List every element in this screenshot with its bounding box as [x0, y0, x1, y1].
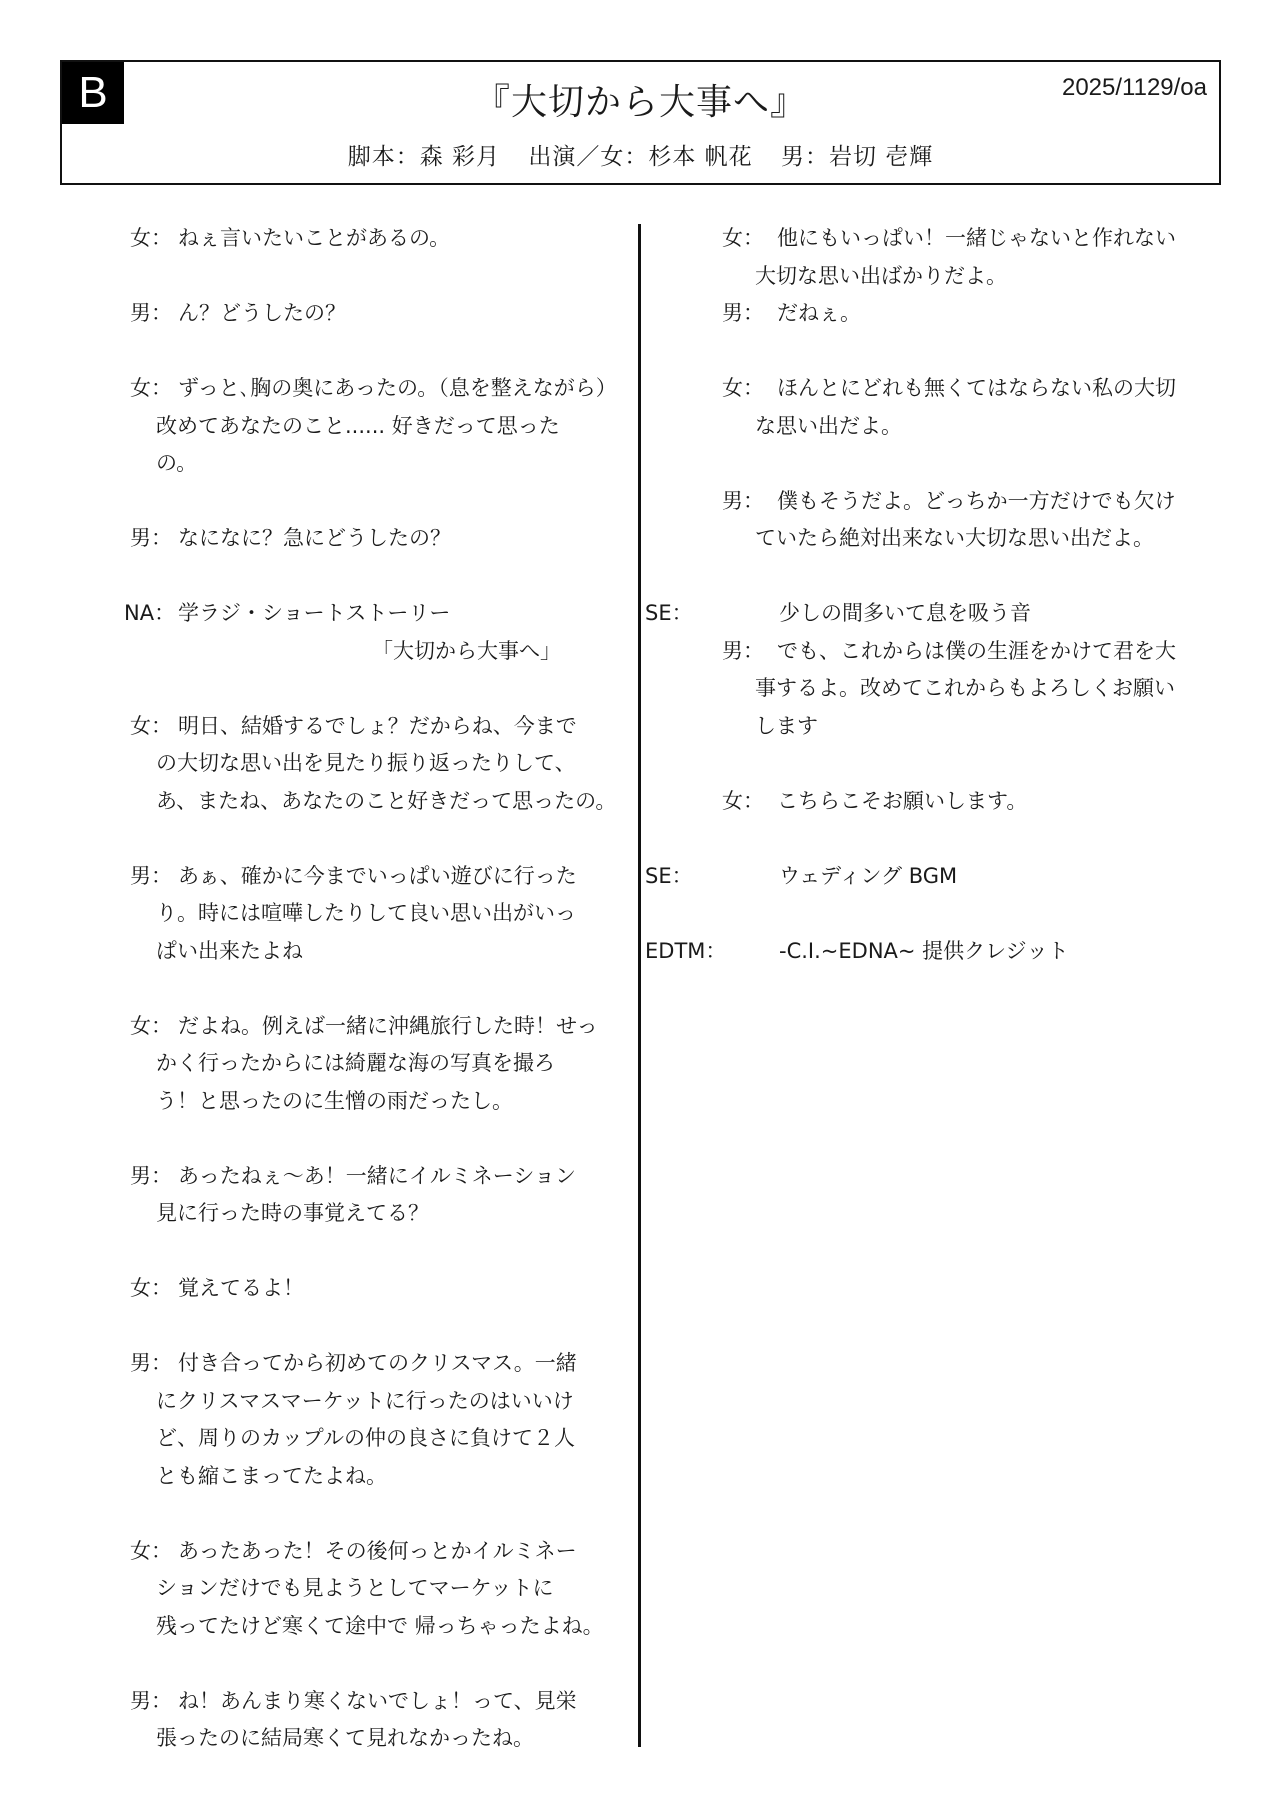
speaker-label: 男： [130, 1683, 172, 1721]
speaker-label: 女： [130, 1533, 172, 1571]
speaker-label: 女： [130, 220, 172, 258]
line-text: 覚えてるよ！ [178, 1270, 635, 1308]
speaker-label: 男： [130, 1345, 172, 1383]
dialogue-line: 女： 他にもいっぱい！一緒じゃないと作れない 大切な思い出ばかりだよ。 [652, 220, 1192, 295]
dialogue-line: 男： 僕もそうだよ。どっちか一方だけでも欠け ていたら絶対出来ない大切な思い出だ… [652, 483, 1192, 558]
line-text: ションだけでも見ようとしてマーケットに [156, 1570, 635, 1608]
line-text: にクリスマスマーケットに行ったのはいいけ [156, 1383, 635, 1421]
speaker-label: 女： [130, 1270, 172, 1308]
ending-credit-cue: EDTM： -C.I.~EDNA~ 提供クレジット [652, 933, 1192, 971]
cast-credit-female: 出演／女：杉本 帆花 [528, 144, 752, 170]
dialogue-line: 男： でも、これからは僕の生涯をかけて君を大 事するよ。改めてこれからもよろしく… [652, 633, 1192, 746]
speaker-label: 男： [130, 520, 172, 558]
line-text: 僕もそうだよ。どっちか一方だけでも欠け [777, 483, 1192, 521]
dialogue-line: 男： ね！あんまり寒くないでしょ！って、見栄 張ったのに結局寒くて見れなかったね… [130, 1683, 635, 1758]
speaker-label: 女： [130, 1008, 172, 1046]
dialogue-line: 男： なになに？急にどうしたの？ [130, 520, 635, 558]
line-text: り。時には喧嘩したりして良い思い出がいっ [156, 895, 635, 933]
line-text: ていたら絶対出来ない大切な思い出だよ。 [755, 520, 1192, 558]
line-text: だよね。例えば一緒に沖縄旅行した時！せっ [178, 1008, 635, 1046]
dialogue-line: 女： ねぇ言いたいことがあるの。 [130, 220, 635, 258]
line-text: 他にもいっぱい！一緒じゃないと作れない [777, 220, 1192, 258]
dialogue-line: 男： あぁ、確かに今までいっぱい遊びに行った り。時には喧嘩したりして良い思い出… [130, 858, 635, 971]
speaker-label: 男： [722, 483, 764, 521]
line-text: とも縮こまってたよね。 [156, 1458, 635, 1496]
script-column-right: 女： 他にもいっぱい！一緒じゃないと作れない 大切な思い出ばかりだよ。 男： だ… [652, 220, 1192, 970]
column-divider [638, 224, 641, 1747]
speaker-label: 男： [722, 633, 764, 671]
dialogue-line: 男： ん？どうしたの？ [130, 295, 635, 333]
line-text: 張ったのに結局寒くて見れなかったね。 [156, 1720, 635, 1758]
script-header: B 『大切から大事へ』 2025/1129/oa 脚本：森 彩月 出演／女：杉本… [60, 60, 1221, 185]
speaker-label: 男： [722, 295, 764, 333]
cue-text: 少しの間多いて息を吸う音 [779, 595, 1192, 633]
line-text: 明日、結婚するでしょ？だからね、今まで [178, 708, 635, 746]
cue-text: ウェディング BGM [779, 858, 1192, 896]
dialogue-line: 女： 覚えてるよ！ [130, 1270, 635, 1308]
cue-text: -C.I.~EDNA~ 提供クレジット [779, 933, 1192, 971]
line-text: 見に行った時の事覚えてる？ [156, 1195, 635, 1233]
line-text: こちらこそお願いします。 [777, 783, 1192, 821]
line-text: ど、周りのカップルの仲の良さに負けて２人 [156, 1420, 635, 1458]
line-text: な思い出だよ。 [755, 408, 1192, 446]
cue-label: SE： [645, 858, 693, 896]
speaker-label: 男： [130, 295, 172, 333]
dialogue-line: 男： だねぇ。 [652, 295, 1192, 333]
line-text: の。 [156, 445, 635, 483]
speaker-label: 女： [130, 370, 172, 408]
dialogue-line: 女： あったあった！その後何っとかイルミネー ションだけでも見ようとしてマーケッ… [130, 1533, 635, 1646]
line-text: ん？どうしたの？ [178, 295, 635, 333]
line-text: 学ラジ・ショートストーリー [178, 595, 635, 633]
script-column-left: 女： ねぇ言いたいことがあるの。 男： ん？どうしたの？ 女： ずっと､胸の奥に… [130, 220, 635, 1758]
speaker-label: NA： [124, 595, 175, 633]
line-text: の大切な思い出を見たり振り返ったりして、 [156, 745, 635, 783]
narration-line: NA： 学ラジ・ショートストーリー 「大切から大事へ」 [130, 595, 635, 670]
line-text: ほんとにどれも無くてはならない私の大切 [777, 370, 1192, 408]
line-text: でも、これからは僕の生涯をかけて君を大 [777, 633, 1192, 671]
line-text: 事するよ。改めてこれからもよろしくお願い [755, 670, 1192, 708]
air-date: 2025/1129/oa [1062, 74, 1207, 102]
line-text: 付き合ってから初めてのクリスマス。一緒 [178, 1345, 635, 1383]
sound-effect-cue: SE： 少しの間多いて息を吸う音 [652, 595, 1192, 633]
sound-effect-cue: SE： ウェディング BGM [652, 858, 1192, 896]
speaker-label: 女： [722, 370, 764, 408]
story-subtitle: 「大切から大事へ」 [178, 633, 635, 671]
line-text: 改めてあなたのこと...... 好きだって思った [156, 408, 635, 446]
speaker-label: 女： [722, 220, 764, 258]
speaker-label: 男： [130, 1158, 172, 1196]
line-text: あったねぇ～あ！一緒にイルミネーション [178, 1158, 635, 1196]
line-text: します [755, 708, 1192, 746]
line-text: ぱい出来たよね [156, 933, 635, 971]
dialogue-line: 男： あったねぇ～あ！一緒にイルミネーション 見に行った時の事覚えてる？ [130, 1158, 635, 1233]
line-text: う！と思ったのに生憎の雨だったし。 [156, 1083, 635, 1121]
line-text: ずっと､胸の奥にあったの。（息を整えながら） [178, 370, 635, 408]
credits-line: 脚本：森 彩月 出演／女：杉本 帆花 男：岩切 壱輝 [62, 138, 1219, 171]
dialogue-line: 女： だよね。例えば一緒に沖縄旅行した時！せっ かく行ったからには綺麗な海の写真… [130, 1008, 635, 1121]
dialogue-line: 女： ほんとにどれも無くてはならない私の大切 な思い出だよ。 [652, 370, 1192, 445]
dialogue-line: 男： 付き合ってから初めてのクリスマス。一緒 にクリスマスマーケットに行ったのは… [130, 1345, 635, 1495]
speaker-label: 男： [130, 858, 172, 896]
speaker-label: 女： [130, 708, 172, 746]
line-text: かく行ったからには綺麗な海の写真を撮ろ [156, 1045, 635, 1083]
line-text: 大切な思い出ばかりだよ。 [755, 258, 1192, 296]
dialogue-line: 女： ずっと､胸の奥にあったの。（息を整えながら） 改めてあなたのこと.....… [130, 370, 635, 483]
line-text: あぁ、確かに今までいっぱい遊びに行った [178, 858, 635, 896]
line-text: あ、またね、あなたのこと好きだって思ったの。 [156, 783, 635, 821]
writer-credit: 脚本：森 彩月 [348, 144, 500, 170]
cue-label: SE： [645, 595, 693, 633]
line-text: 残ってたけど寒くて途中で 帰っちゃったよね。 [156, 1608, 635, 1646]
line-text: あったあった！その後何っとかイルミネー [178, 1533, 635, 1571]
cast-credit-male: 男：岩切 壱輝 [781, 144, 933, 170]
cue-label: EDTM： [645, 933, 726, 971]
line-text: なになに？急にどうしたの？ [178, 520, 635, 558]
speaker-label: 女： [722, 783, 764, 821]
dialogue-line: 女： 明日、結婚するでしょ？だからね、今まで の大切な思い出を見たり振り返ったり… [130, 708, 635, 821]
line-text: ね！あんまり寒くないでしょ！って、見栄 [178, 1683, 635, 1721]
dialogue-line: 女： こちらこそお願いします。 [652, 783, 1192, 821]
script-title: 『大切から大事へ』 [62, 74, 1219, 125]
line-text: だねぇ。 [777, 295, 1192, 333]
line-text: ねぇ言いたいことがあるの。 [178, 220, 635, 258]
